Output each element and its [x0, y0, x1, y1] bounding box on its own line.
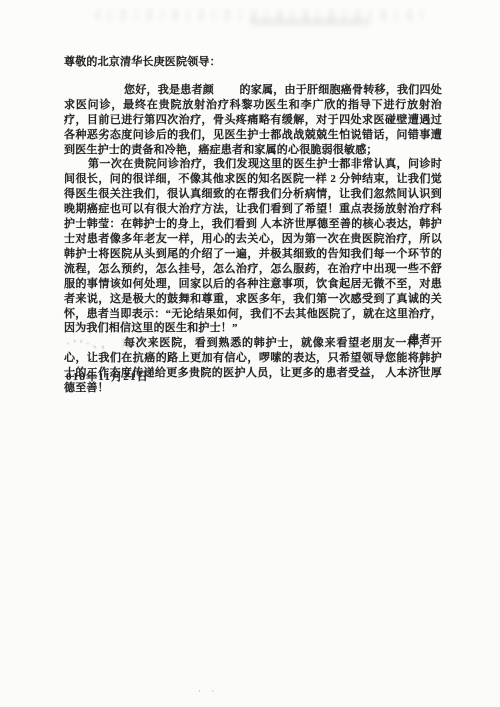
- paragraph-intro: 您好，我是患者颜 的家属，由于肝细胞癌骨转移，我们四处求医问诊，最终在贵院放射治…: [64, 83, 442, 158]
- page-number: 2: [418, 359, 424, 371]
- signature-patient: 患者’‚: [409, 331, 438, 347]
- scanned-letter-page: 尊敬的北京清华长庚医院领导： 您好，我是患者颜 的家属，由于肝细胞癌骨转移，我们…: [0, 0, 500, 707]
- signature-patient-label: 患者: [409, 334, 431, 346]
- handwriting-smudge: ·’‘·、， 邓〝∶: [66, 335, 176, 351]
- scan-specks-bottom: · ·: [198, 686, 218, 696]
- scan-smudge-top-secondary: [250, 18, 370, 26]
- paragraph-first-visit: 第一次在贵院问诊治疗，我们发现这里的医生护士都非常认真，问诊时间很长，问的很详细…: [64, 157, 442, 336]
- signature-patient-name-smudge: ’‚: [431, 336, 438, 345]
- salutation: 尊敬的北京清华长庚医院领导：: [64, 55, 442, 70]
- date-line: 018年11月21日: [66, 368, 149, 384]
